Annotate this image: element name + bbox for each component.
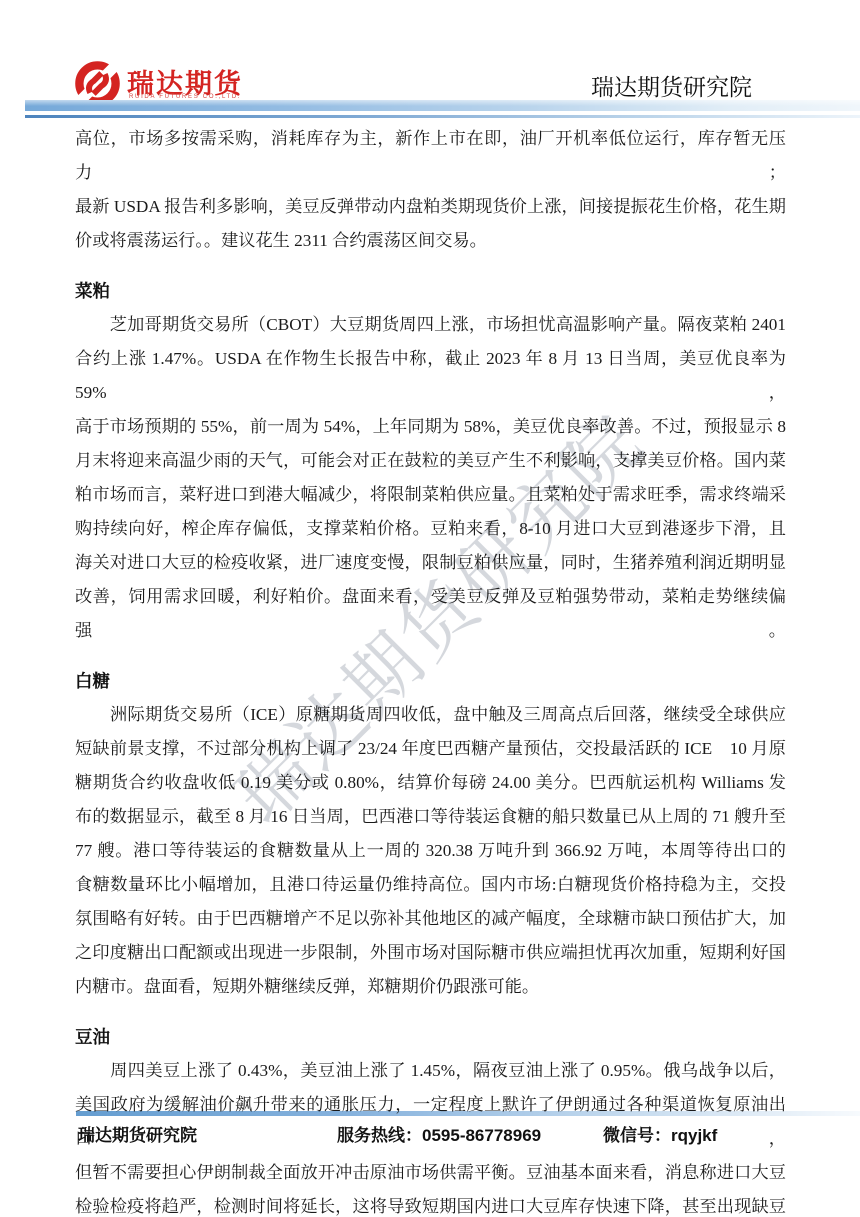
- body-line: 洲际期货交易所（ICE）原糖期货周四收低，盘中触及三周高点后回落，继续受全球供应: [75, 698, 786, 732]
- body-line: 之印度糖出口配额或出现进一步限制，外围市场对国际糖市供应端担忧再次加重，短期利好…: [75, 936, 786, 970]
- body-line: 内糖市。盘面看，短期外糖继续反弹，郑糖期价仍跟涨可能。: [75, 970, 786, 1004]
- body-line: 高位，市场多按需采购，消耗库存为主，新作上市在即，油厂开机率低位运行，库存暂无压…: [75, 122, 786, 190]
- body-line: 粕市场而言，菜籽进口到港大幅减少，将限制菜粕供应量。且菜粕处于需求旺季，需求终端…: [75, 478, 786, 512]
- body-line: 短缺前景支撑，不过部分机构上调了 23/24 年度巴西糖产量预估，交投最活跃的 …: [75, 732, 786, 766]
- body-line: 食糖数量环比小幅增加，且港口待运量仍维持高位。国内市场:白糖现货价格持稳为主，交…: [75, 868, 786, 902]
- body-line: 但暂不需要担心伊朗制裁全面放开冲击原油市场供需平衡。豆油基本面来看，消息称进口大…: [75, 1156, 786, 1190]
- body-line: 价或将震荡运行。。建议花生 2311 合约震荡区间交易。: [75, 224, 786, 258]
- section-heading: 豆油: [75, 1020, 786, 1054]
- body-line: 芝加哥期货交易所（CBOT）大豆期货周四上涨，市场担忧高温影响产量。隔夜菜粕 2…: [75, 308, 786, 342]
- body-line: 氛围略有好转。由于巴西糖增产不足以弥补其他地区的减产幅度，全球糖市缺口预估扩大，…: [75, 902, 786, 936]
- body-line: 月末将迎来高温少雨的天气，可能会对正在鼓粒的美豆产生不利影响，支撑美豆价格。国内…: [75, 444, 786, 478]
- body-line: 改善，饲用需求回暖，利好粕价。盘面来看，受美豆反弹及豆粕强势带动，菜粕走势继续偏…: [75, 580, 786, 648]
- body-line: 购持续向好，榨企库存偏低，支撑菜粕价格。豆粕来看，8-10 月进口大豆到港逐步下…: [75, 512, 786, 546]
- page-title: 瑞达期货研究院: [591, 69, 752, 102]
- body-line: 布的数据显示，截至 8 月 16 日当周，巴西港口等待装运食糖的船只数量已从上周…: [75, 800, 786, 834]
- section-heading: 菜粕: [75, 274, 786, 308]
- body-line: 海关对进口大豆的检疫收紧，进厂速度变慢，限制豆粕供应量，同时，生猪养殖利润近期明…: [75, 546, 786, 580]
- body-line: 最新 USDA 报告利多影响，美豆反弹带动内盘粕类期现货价上涨，间接提振花生价格…: [75, 190, 786, 224]
- body-line: 检验检疫将趋严，检测时间将延长，这将导致短期国内进口大豆库存快速下降，甚至出现缺…: [75, 1190, 786, 1217]
- report-page: 瑞达期货 RUIDA FUTURES CO.,LTD. 瑞达期货研究院 瑞达期货…: [0, 0, 860, 1217]
- body-line: 周四美豆上涨了 0.43%，美豆油上涨了 1.45%，隔夜豆油上涨了 0.95%…: [75, 1054, 786, 1088]
- section-heading: 白糖: [75, 664, 786, 698]
- body-line: 美国政府为缓解油价飙升带来的通胀压力，一定程度上默许了伊朗通过各种渠道恢复原油出…: [75, 1088, 786, 1156]
- report-body: 高位，市场多按需采购，消耗库存为主，新作上市在即，油厂开机率低位运行，库存暂无压…: [75, 122, 786, 1217]
- body-line: 77 艘。港口等待装运的食糖数量从上一周的 320.38 万吨升到 366.92…: [75, 834, 786, 868]
- body-line: 高于市场预期的 55%，前一周为 54%，上年同期为 58%，美豆优良率改善。不…: [75, 410, 786, 444]
- header-rule-bar: [25, 100, 860, 111]
- body-line: 糖期货合约收盘收低 0.19 美分或 0.80%，结算价每磅 24.00 美分。…: [75, 766, 786, 800]
- body-line: 合约上涨 1.47%。USDA 在作物生长报告中称，截止 2023 年 8 月 …: [75, 342, 786, 410]
- header-rule-line: [25, 115, 860, 118]
